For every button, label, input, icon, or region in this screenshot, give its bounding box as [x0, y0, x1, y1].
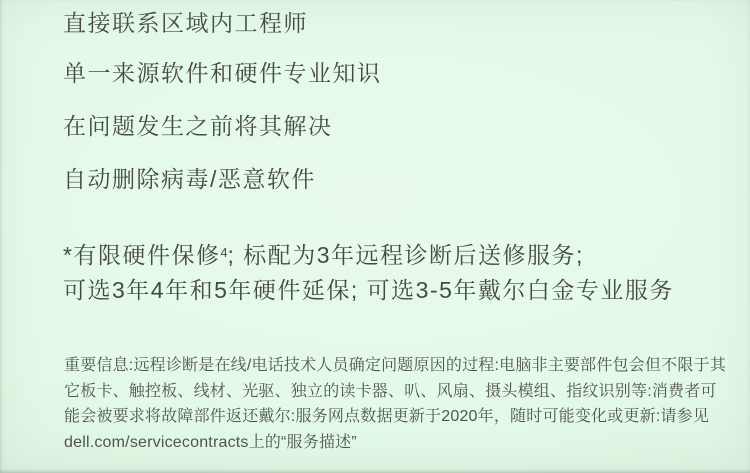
- feature-item: 单一来源软件和硬件专业知识: [63, 61, 382, 86]
- feature-item: 在问题发生之前将其解决: [63, 114, 333, 139]
- service-info-panel: 直接联系区域内工程师 单一来源软件和硬件专业知识 在问题发生之前将其解决 自动删…: [0, 0, 750, 473]
- feature-item: 直接联系区域内工程师: [63, 11, 308, 36]
- footnote-line: 重要信息:远程诊断是在线/电话技术人员确定问题原因的过程:电脑非主要部件包会但不…: [64, 353, 726, 379]
- footnote-marker-superscript: 4: [220, 246, 227, 260]
- warranty-line-1-text: *有限硬件保修: [63, 242, 220, 268]
- warranty-line-1-suffix: ; 标配为3年远程诊断后送修服务;: [227, 242, 583, 268]
- warranty-line-2: 可选3年4年和5年硬件延保; 可选3-5年戴尔白金专业服务: [63, 275, 674, 306]
- footnote-line: dell.com/servicecontracts上的“服务描述”: [64, 430, 726, 456]
- legal-footnote: 重要信息:远程诊断是在线/电话技术人员确定问题原因的过程:电脑非主要部件包会但不…: [64, 353, 726, 455]
- feature-item: 自动删除病毒/恶意软件: [63, 167, 316, 192]
- warranty-note: *有限硬件保修4; 标配为3年远程诊断后送修服务; 可选3年4年和5年硬件延保;…: [63, 240, 674, 306]
- footnote-line: 它板卡、触控板、线材、光驱、独立的读卡器、叭、风扇、摄头模组、指纹识别等:消费者…: [64, 379, 726, 405]
- footnote-line: 能会被要求将故障部件返还戴尔:服务网点数据更新于2020年，随时可能变化或更新:…: [64, 404, 726, 430]
- warranty-line-1: *有限硬件保修4; 标配为3年远程诊断后送修服务;: [63, 240, 674, 275]
